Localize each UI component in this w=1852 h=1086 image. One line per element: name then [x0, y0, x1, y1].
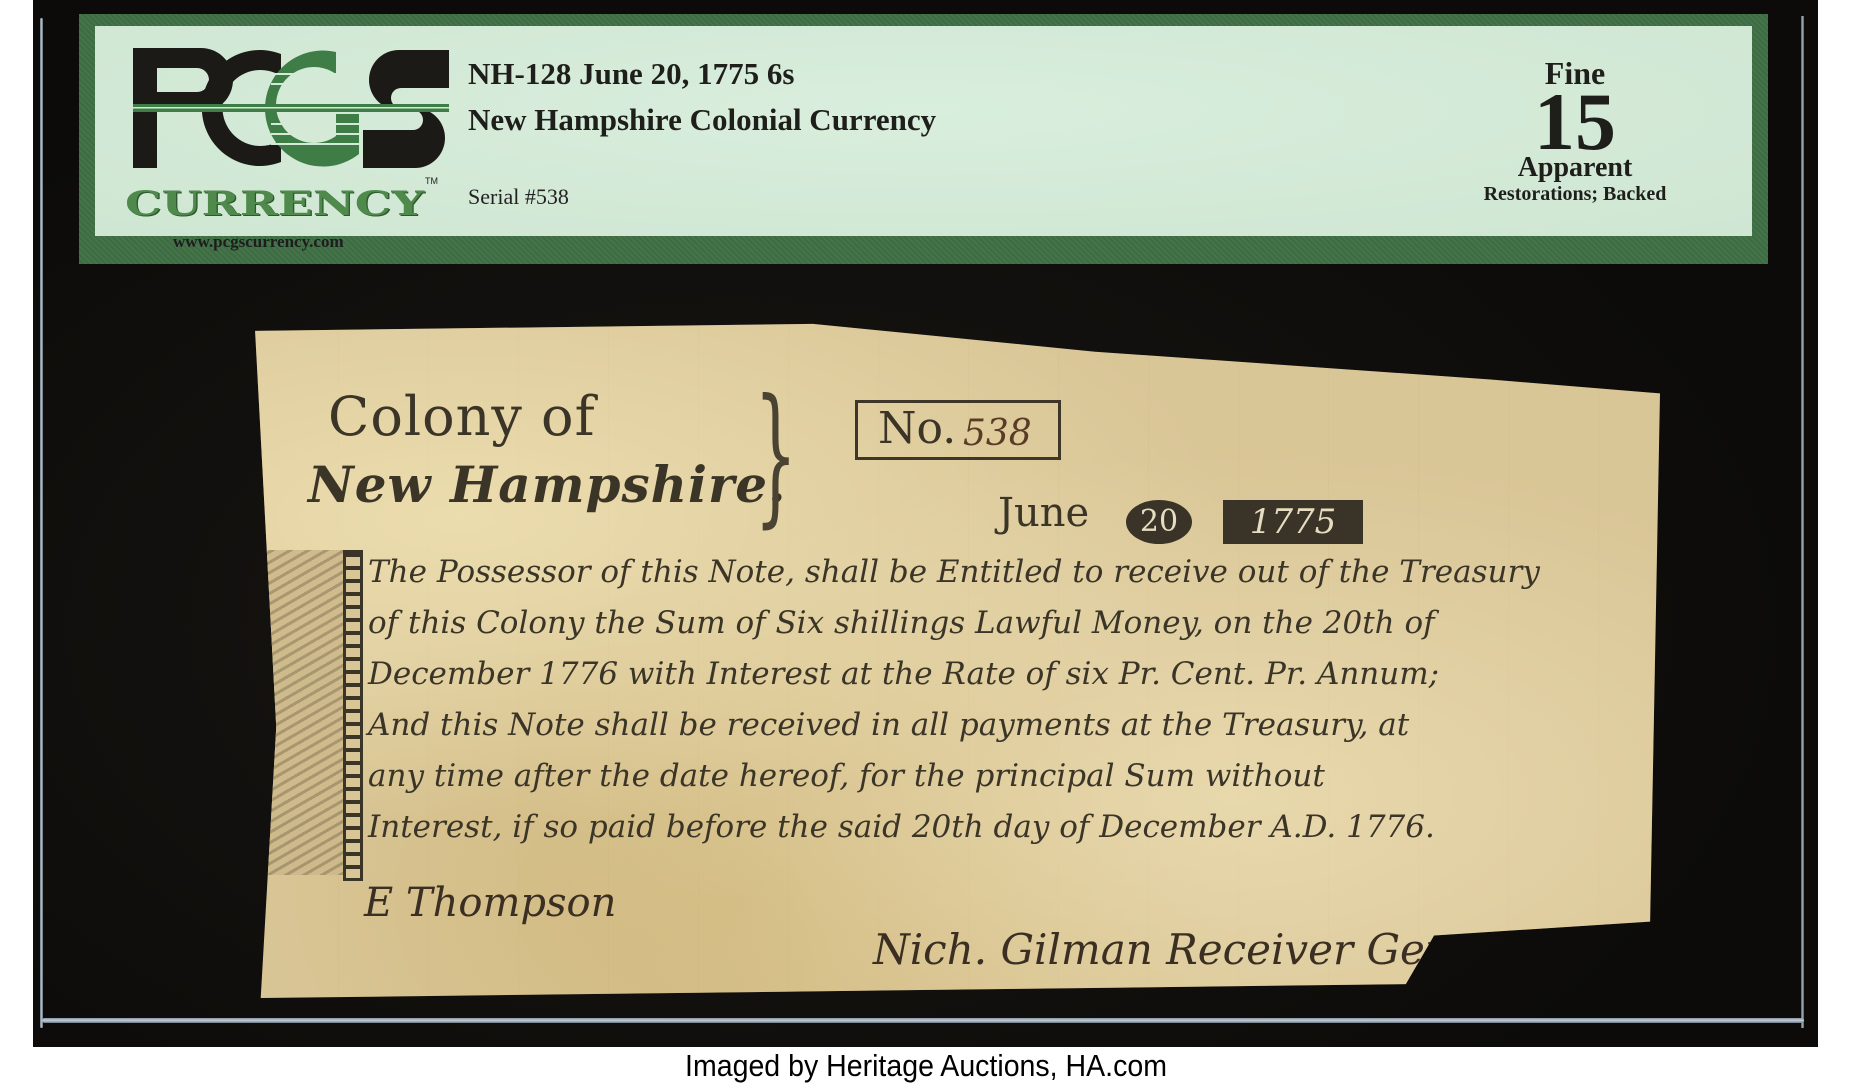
pcgs-logo-icon [131, 44, 451, 174]
grading-label-panel: CURRENCY TM www.pcgscurrency.com NH-128 … [95, 26, 1752, 236]
grade-qualifier: Apparent [1425, 154, 1725, 182]
note-date-year: 1775 [1223, 500, 1363, 544]
grading-label: CURRENCY TM www.pcgscurrency.com NH-128 … [79, 14, 1768, 264]
note-heading-state: New Hampshire. [308, 455, 787, 514]
slab-edge [40, 18, 43, 1028]
brace-ornament-icon: } [754, 380, 797, 530]
image-credit-caption: Imaged by Heritage Auctions, HA.com [74, 1048, 1778, 1084]
catalog-line: NH-128 June 20, 1775 6s [468, 56, 794, 92]
note-body-line: And this Note shall be received in all p… [368, 707, 1608, 758]
serial-number: Serial #538 [468, 184, 569, 210]
note-number-value: 538 [963, 413, 1032, 454]
pcgs-website-url: www.pcgscurrency.com [173, 232, 344, 252]
grade-notes: Restorations; Backed [1425, 182, 1725, 206]
ornamental-border [343, 550, 363, 881]
note-body-line: of this Colony the Sum of Six shillings … [368, 605, 1608, 656]
note-body-line: any time after the date hereof, for the … [368, 758, 1608, 809]
signature-left: E Thompson [364, 880, 616, 926]
grade-number: 15 [1425, 90, 1725, 154]
note-body-text: The Possessor of this Note, shall be Ent… [368, 554, 1608, 860]
note-number-box: No. 538 [855, 400, 1061, 460]
slab-edge [42, 1018, 1804, 1023]
note-date-day: 20 [1126, 500, 1192, 544]
note-body-line: Interest, if so paid before the said 20t… [368, 809, 1608, 860]
note-date-month: June [998, 490, 1089, 536]
note-heading-colony: Colony of [328, 385, 596, 448]
slab-edge [1801, 16, 1804, 1028]
item-description: New Hampshire Colonial Currency [468, 102, 936, 138]
note-body-line: December 1776 with Interest at the Rate … [368, 656, 1608, 707]
trademark-mark: TM [425, 176, 438, 186]
note-body-line: The Possessor of this Note, shall be Ent… [368, 554, 1608, 605]
colonial-banknote: Colony of New Hampshire. } No. 538 June … [248, 310, 1660, 1005]
grade-block: Fine 15 Apparent Restorations; Backed [1425, 56, 1725, 206]
note-number-label: No. [878, 403, 956, 454]
